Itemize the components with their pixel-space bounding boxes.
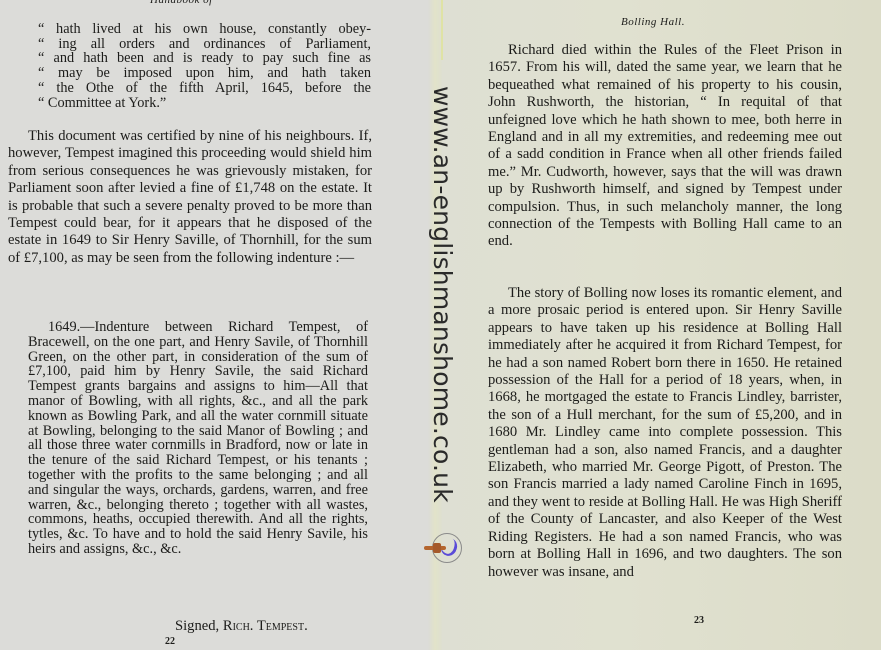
body-paragraph: The story of Bolling now loses its roman…: [488, 285, 842, 581]
quote-line: “ and hath been and is ready to pay such…: [38, 51, 371, 66]
gutter-highlight: [441, 0, 443, 60]
website-watermark: www.an-englishmanshome.co.uk: [428, 86, 457, 503]
quoted-declaration: “ hath lived at his own house, constantl…: [38, 22, 371, 110]
quote-line: “ Committee at York.”: [38, 96, 371, 111]
signature-line: Signed, Rich. Tempest.: [175, 618, 308, 635]
paragraph-text: This document was certified by nine of h…: [8, 128, 372, 267]
page-number-left: 22: [165, 636, 175, 647]
quill-icon: [424, 546, 446, 550]
quote-line: “ the Othe of the fifth April, 1645, bef…: [38, 81, 371, 96]
body-paragraph: This document was certified by nine of h…: [8, 128, 372, 267]
running-head-left: Handbook of: [150, 0, 213, 6]
body-paragraph: Richard died within the Rules of the Fle…: [488, 42, 842, 251]
page-number-right: 23: [694, 615, 704, 626]
quote-line: “ may be imposed upon him, and hath take…: [38, 66, 371, 81]
moon-and-quill-logo-icon: [432, 533, 462, 563]
indenture-block: 1649.—Indenture between Richard Tempest,…: [28, 320, 368, 557]
paragraph-text: Richard died within the Rules of the Fle…: [488, 42, 842, 251]
signatory-name: Rich. Tempest.: [223, 618, 308, 634]
right-page: Bolling Hall. Richard died within the Ru…: [440, 0, 881, 650]
running-head-right: Bolling Hall.: [621, 16, 685, 28]
paragraph-text: The story of Bolling now loses its roman…: [488, 285, 842, 581]
left-page: Handbook of “ hath lived at his own hous…: [0, 0, 440, 650]
quote-line: “ hath lived at his own house, constantl…: [38, 22, 371, 37]
indenture-text: 1649.—Indenture between Richard Tempest,…: [28, 320, 368, 557]
quote-line: “ ing all orders and ordinances of Parli…: [38, 37, 371, 52]
signed-prefix: Signed,: [175, 618, 223, 634]
